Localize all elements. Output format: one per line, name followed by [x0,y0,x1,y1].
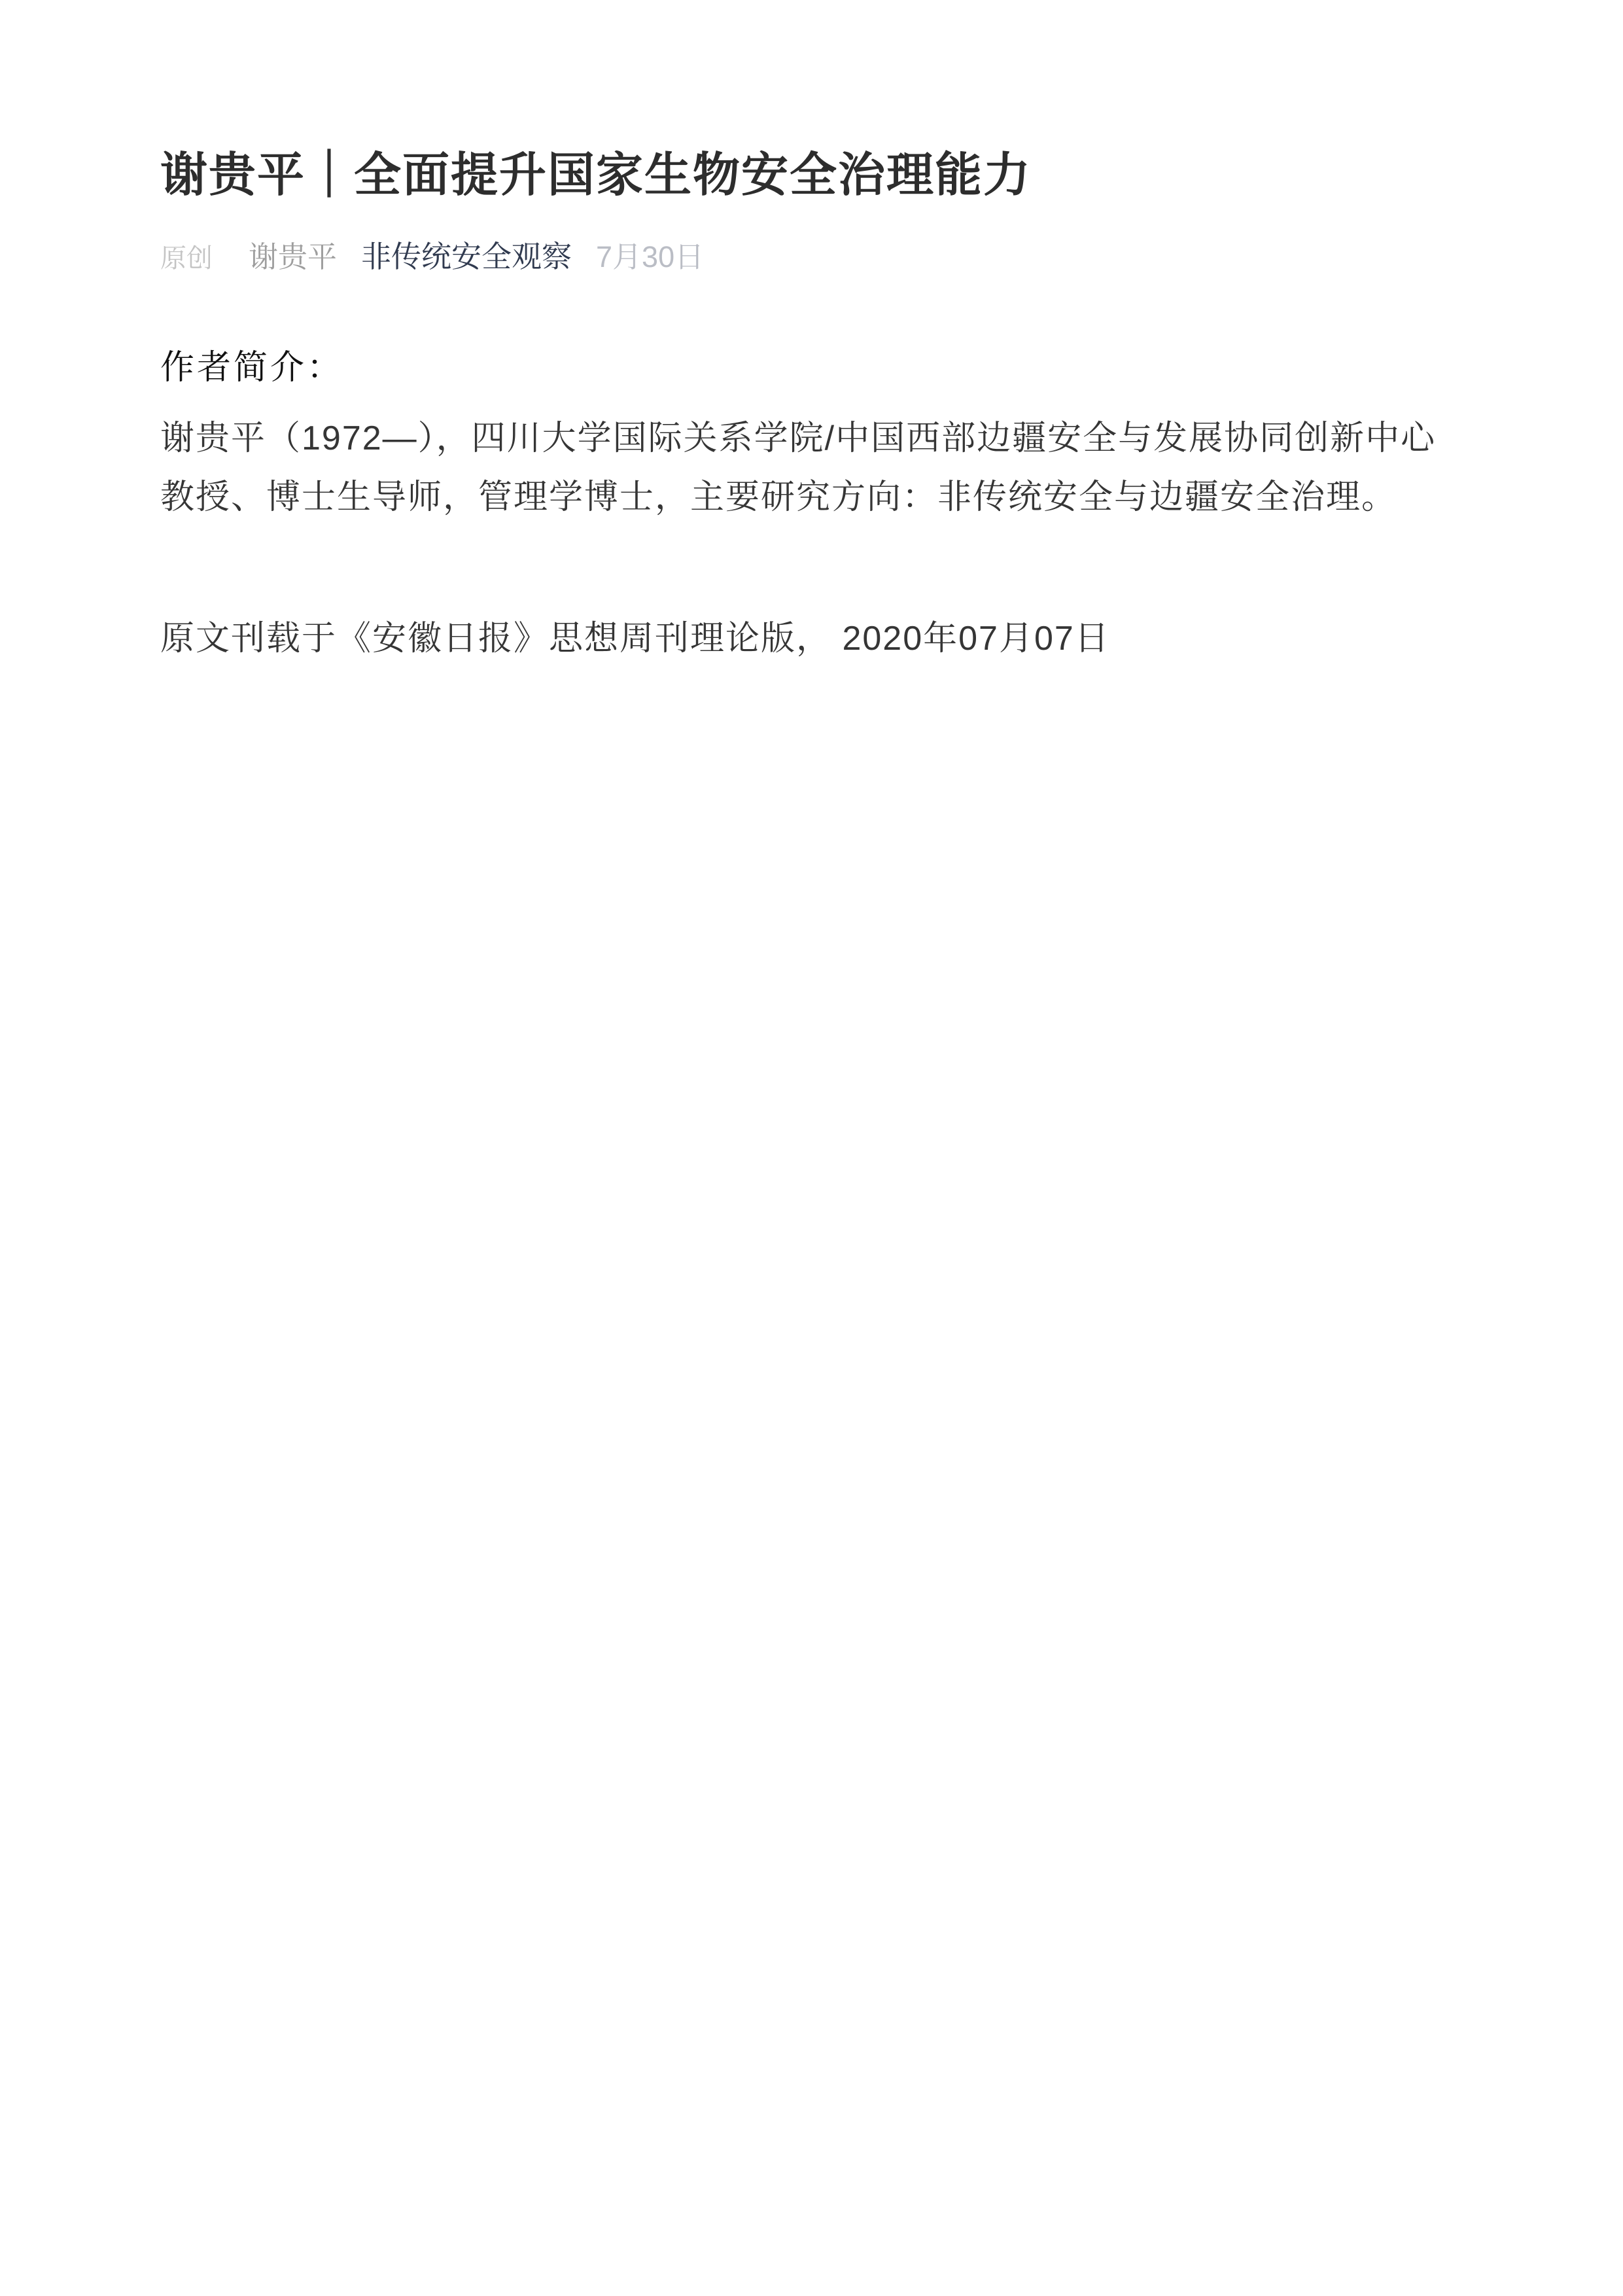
author-bio-label: 作者简介： [160,347,1463,389]
article-page: 谢贵平｜全面提升国家生物安全治理能力 原创 谢贵平 非传统安全观察 7月30日 … [0,0,1623,2296]
article-content: 谢贵平｜全面提升国家生物安全治理能力 原创 谢贵平 非传统安全观察 7月30日 … [0,0,1623,668]
account-name-link[interactable]: 非传统安全观察 [361,238,572,276]
article-title: 谢贵平｜全面提升国家生物安全治理能力 [160,0,1463,205]
original-badge: 原创 [160,242,213,275]
source-publication-note: 原文刊载于《安徽日报》思想周刊理论版， 2020年07月07日 [160,609,1463,668]
author-link[interactable]: 谢贵平 [249,239,337,275]
publish-date: 7月30日 [596,239,704,275]
author-bio-paragraph: 谢贵平（1972—），四川大学国际关系学院/中国西部边疆安全与发展协同创新中心教… [160,409,1463,527]
article-meta-row: 原创 谢贵平 非传统安全观察 7月30日 [160,238,1463,276]
